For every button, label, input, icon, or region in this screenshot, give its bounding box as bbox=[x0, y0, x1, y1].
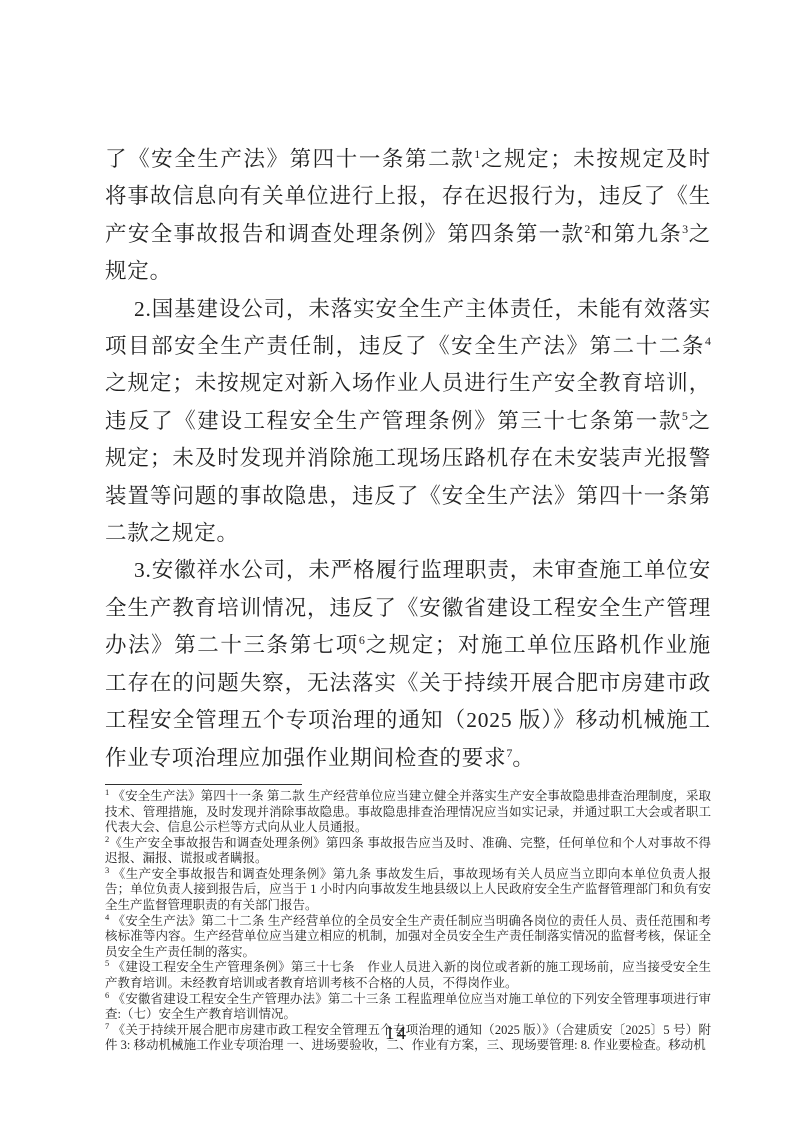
footnote-text: 《建设工程安全生产管理条例》第三十七条 作业人员进入新的岗位或者新的施工现场前，… bbox=[105, 960, 711, 990]
document-page: 了《安全生产法》第四十一条第二款1之规定；未按规定及时将事故信息向有关单位进行上… bbox=[0, 0, 793, 1122]
footnote-text: 《安全生产法》第二十二条 生产经营单位的全员安全生产责任制应当明确各岗位的责任人… bbox=[105, 914, 711, 959]
footnote-text: 《安全生产法》第四十一条 第二款 生产经营单位应当建立健全并落实生产安全事故隐患… bbox=[105, 789, 711, 834]
footnote-reference: 6 bbox=[359, 633, 365, 647]
footnote-reference: 2 bbox=[584, 222, 590, 236]
footnote-text: 《安徽省建设工程安全生产管理办法》第二十三条 工程监理单位应当对施工单位的下列安… bbox=[105, 992, 711, 1022]
footnote-reference: 4 bbox=[705, 334, 711, 348]
footnote-reference: 3 bbox=[682, 222, 688, 236]
footnote-separator bbox=[105, 784, 302, 785]
body-paragraph: 3.安徽祥水公司，未严格履行监理职责，未审查施工单位安全生产教育培训情况，违反了… bbox=[105, 552, 711, 776]
footnote-item: 1 《安全生产法》第四十一条 第二款 生产经营单位应当建立健全并落实生产安全事故… bbox=[105, 789, 711, 836]
footnote-reference: 1 bbox=[474, 147, 480, 161]
footnote-item: 5 《建设工程安全生产管理条例》第三十七条 作业人员进入新的岗位或者新的施工现场… bbox=[105, 960, 711, 991]
page-content: 了《安全生产法》第四十一条第二款1之规定；未按规定及时将事故信息向有关单位进行上… bbox=[105, 141, 711, 1054]
footnote-item: 3 《生产安全事故报告和调查处理条例》第九条 事故发生后，事故现场有关人员应当立… bbox=[105, 867, 711, 914]
footnote-reference: 7 bbox=[506, 745, 512, 759]
page-number: 14 bbox=[0, 1023, 793, 1045]
footnote-text: 《生产安全事故报告和调查处理条例》第四条 事故报告应当及时、准确、完整，任何单位… bbox=[105, 836, 711, 866]
footnote-item: 2《生产安全事故报告和调查处理条例》第四条 事故报告应当及时、准确、完整，任何单… bbox=[105, 836, 711, 867]
footnote-text: 《生产安全事故报告和调查处理条例》第九条 事故发生后，事故现场有关人员应当立即向… bbox=[105, 867, 711, 912]
body-paragraph: 2.国基建设公司，未落实安全生产主体责任，未能有效落实项目部安全生产责任制，违反… bbox=[105, 291, 711, 553]
body-text: 了《安全生产法》第四十一条第二款1之规定；未按规定及时将事故信息向有关单位进行上… bbox=[105, 141, 711, 777]
footnotes-section: 1 《安全生产法》第四十一条 第二款 生产经营单位应当建立健全并落实生产安全事故… bbox=[105, 789, 711, 1054]
body-paragraph: 了《安全生产法》第四十一条第二款1之规定；未按规定及时将事故信息向有关单位进行上… bbox=[105, 141, 711, 291]
footnote-item: 6 《安徽省建设工程安全生产管理办法》第二十三条 工程监理单位应当对施工单位的下… bbox=[105, 992, 711, 1023]
footnote-item: 4 《安全生产法》第二十二条 生产经营单位的全员安全生产责任制应当明确各岗位的责… bbox=[105, 914, 711, 961]
footnote-reference: 5 bbox=[682, 409, 688, 423]
